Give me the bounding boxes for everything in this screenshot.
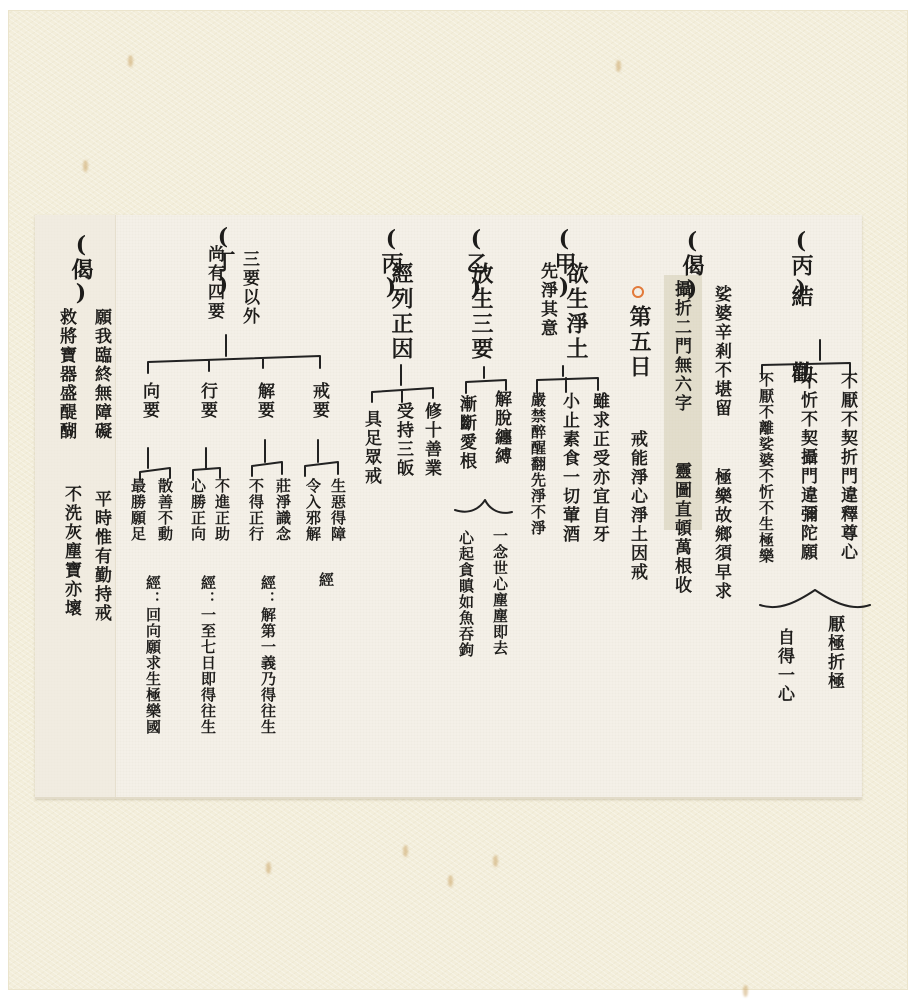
branch-heading: 戒要: [310, 382, 327, 420]
branch-item: 解脫纏縛: [492, 390, 509, 466]
section-title: 經列正因: [390, 262, 412, 362]
branch-item: 受持三皈: [394, 402, 411, 478]
branch-item: 不進正助: [214, 478, 229, 542]
branch-item: 修十善業: [422, 402, 439, 478]
branch-item: 不厭不離娑婆不忻不生極樂: [758, 372, 773, 564]
branch-item: 最勝願足: [130, 478, 145, 542]
day-title: 第五日: [628, 305, 650, 380]
verse-line: 攝折二門無六字: [672, 280, 689, 413]
merge-result: 一念世心塵塵即去: [492, 528, 507, 656]
branch-item: 心勝正向: [190, 478, 205, 542]
day-subtitle: 戒能淨心淨土因戒: [628, 430, 645, 582]
branch-item: 雖求正受亦宜自牙: [590, 392, 607, 544]
branch-item: 具足眾戒: [362, 410, 379, 486]
branch-item: 漸斷愛根: [457, 395, 474, 471]
branch-item: 令入邪解: [305, 478, 320, 542]
foxing-spot: [616, 60, 621, 72]
branch-note: 經: [318, 572, 333, 588]
branch-item: 不忻不契攝門違彌陀願: [798, 372, 815, 562]
branch-item: 嚴禁醉醒翻先淨不淨: [530, 392, 545, 536]
foxing-spot: [83, 160, 88, 172]
merge-result: 心起貪瞋如魚吞鉤: [458, 530, 473, 658]
branch-item: 小止素食一切葷酒: [560, 392, 577, 544]
verse-line: 救將寶器盛醍醐: [57, 308, 74, 441]
verse-line: 極樂故鄉須早求: [712, 468, 729, 601]
branch-item: 散善不動: [157, 478, 172, 542]
branch-item: 不厭不契折門違釋尊心: [838, 372, 855, 562]
branch-note: 經：一至七日即得往生: [200, 575, 215, 735]
verse-line: 靈圖直頓萬根收: [672, 462, 689, 595]
branch-item: 莊淨識念: [275, 478, 290, 542]
branch-item: 生惡得障: [330, 478, 345, 542]
foxing-spot: [266, 862, 271, 874]
foxing-spot: [493, 855, 498, 867]
branch-note: 經：解第一義乃得往生: [260, 575, 275, 735]
verse-line: 願我臨終無障礙: [92, 308, 109, 441]
branch-heading: 向要: [140, 382, 157, 420]
verse-label: (偈): [70, 232, 92, 306]
section-subtitle: 尚有四要: [205, 245, 222, 321]
section-title: 三要以外: [240, 250, 257, 326]
foxing-spot: [403, 845, 408, 857]
verse-line: 不洗灰塵寶亦壞: [62, 485, 79, 618]
merge-result: 自得一心: [775, 628, 792, 704]
foxing-spot: [743, 985, 748, 997]
merge-result: 厭極折極: [825, 615, 842, 691]
section-subtitle: 先淨其意: [538, 262, 555, 338]
branch-heading: 解要: [255, 382, 272, 420]
branch-note: 經：回向願求生極樂國: [145, 575, 160, 735]
section-title: 欲生淨土: [565, 262, 587, 362]
branch-heading: 行要: [198, 382, 215, 420]
red-circle-marker: [632, 286, 644, 298]
verse-line: 平時惟有勤持戒: [92, 490, 109, 623]
section-title: 放生三要: [470, 262, 492, 362]
verse-line: 娑婆辛剎不堪留: [712, 285, 729, 418]
foxing-spot: [448, 875, 453, 887]
branch-item: 不得正行: [248, 478, 263, 542]
foxing-spot: [128, 55, 133, 67]
